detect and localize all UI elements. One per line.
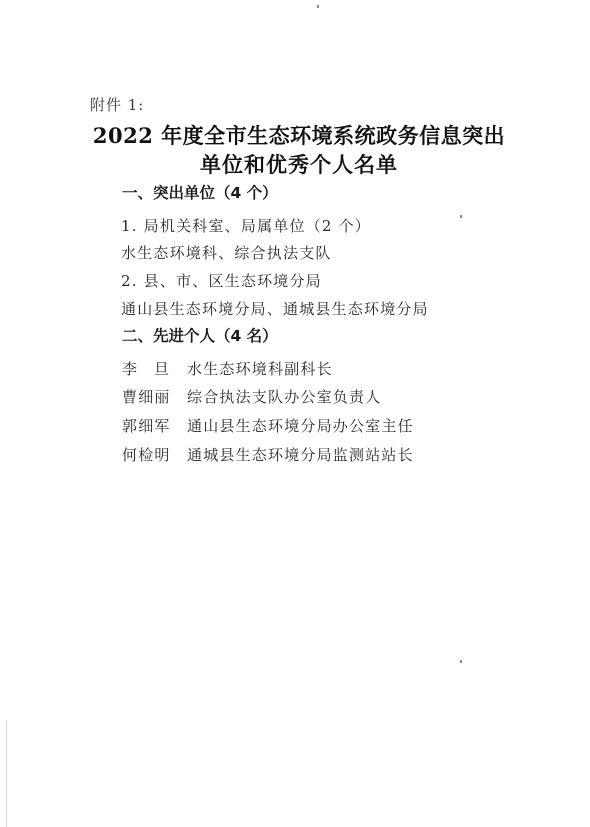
unit-list-bureau: 水生态环境科、综合执法支队 [121,246,332,261]
scan-speck [460,660,462,663]
document-page: 附件 1: 2022 年度全市生态环境系统政务信息突出 单位和优秀个人名单 一、… [0,0,590,827]
person-row: 郭细军通山县生态环境分局办公室主任 [122,419,414,434]
person-row: 何检明通城县生态环境分局监测站站长 [122,448,414,463]
person-name: 曹细丽 [122,390,187,405]
person-role: 通山县生态环境分局办公室主任 [187,419,414,434]
section-heading-advanced-individuals: 二、先进个人（4 名） [122,329,278,345]
person-role: 水生态环境科副科长 [187,362,333,377]
person-role: 综合执法支队办公室负责人 [187,390,381,405]
person-row: 李旦水生态环境科副科长 [122,362,333,377]
person-name: 李旦 [122,362,187,377]
document-title-line-1: 2022 年度全市生态环境系统政务信息突出 [4,125,590,146]
unit-list-county: 通山县生态环境分局、通城县生态环境分局 [121,302,429,317]
person-role: 通城县生态环境分局监测站站长 [187,448,414,463]
subsection-county-branches: 2. 县、市、区生态环境分局 [121,274,322,289]
person-name: 郭细军 [122,419,187,434]
scan-speck [317,5,319,8]
attachment-label: 附件 1: [90,98,144,113]
person-row: 曹细丽综合执法支队办公室负责人 [122,390,381,405]
subsection-bureau-units: 1. 局机关科室、局属单位（2 个） [121,219,371,234]
section-heading-outstanding-units: 一、突出单位（4 个） [122,186,278,202]
scan-speck [460,215,462,218]
scan-edge-line [6,720,7,827]
document-title-line-2: 单位和优秀个人名单 [4,154,590,175]
person-name: 何检明 [122,448,187,463]
